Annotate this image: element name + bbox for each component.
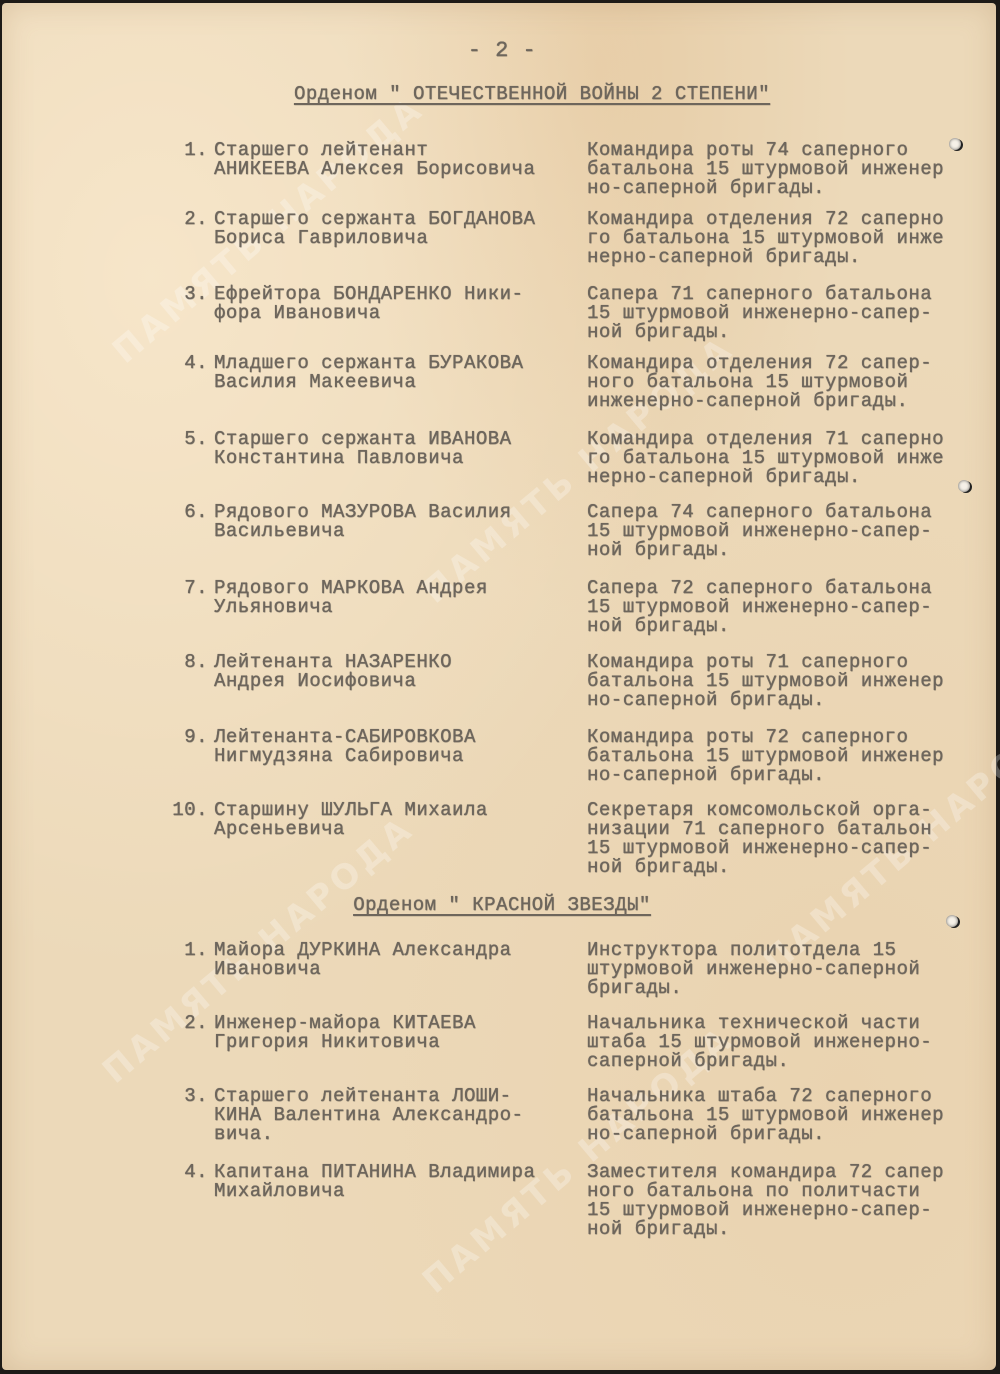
entry-number: 10.	[172, 801, 208, 820]
recipient-name: Старшего лейтенанта ЛОШИ- КИНА Валентина…	[214, 1087, 584, 1144]
recipient-name: Старшего сержанта БОГДАНОВА Бориса Гаври…	[214, 210, 584, 248]
punch-hole	[946, 915, 958, 927]
entry-number: 9.	[172, 728, 208, 747]
entry-number: 2.	[172, 210, 208, 229]
section-heading-patriotic-war: Орденом " ОТЕЧЕСТВЕННОЙ ВОЙНЫ 2 СТЕПЕНИ"	[262, 85, 802, 104]
entry-number: 1.	[172, 941, 208, 960]
recipient-name: Капитана ПИТАНИНА Владимира Михайловича	[214, 1163, 584, 1201]
recipient-position: Сапера 74 саперного батальона 15 штурмов…	[587, 503, 997, 560]
recipient-position: Сапера 71 саперного батальона 15 штурмов…	[587, 285, 997, 342]
document-page: ПАМЯТЬ НАРОДА ПАМЯТЬ НАРОДА ПАМЯТЬ НАРОД…	[2, 3, 996, 1370]
recipient-position: Инструктора политотдела 15 штурмовой инж…	[587, 941, 997, 998]
recipient-name: Младшего сержанта БУРАКОВА Василия Макее…	[214, 354, 584, 392]
recipient-position: Командира роты 72 саперного батальона 15…	[587, 728, 997, 785]
recipient-name: Старшину ШУЛЬГА Михаила Арсеньевича	[214, 801, 584, 839]
recipient-position: Начальника штаба 72 саперного батальона …	[587, 1087, 997, 1144]
recipient-name: Инженер-майора КИТАЕВА Григория Никитови…	[214, 1014, 584, 1052]
entry-number: 3.	[172, 1087, 208, 1106]
entry-number: 5.	[172, 430, 208, 449]
recipient-name: Старшего лейтенант АНИКЕЕВА Алексея Бори…	[214, 141, 584, 179]
entry-number: 6.	[172, 503, 208, 522]
entry-number: 4.	[172, 1163, 208, 1182]
recipient-name: Ефрейтора БОНДАРЕНКО Ники- фора Иванович…	[214, 285, 584, 323]
recipient-position: Заместителя командира 72 сапер ного бата…	[587, 1163, 997, 1239]
recipient-position: Командира отделения 72 саперно го баталь…	[587, 210, 997, 267]
page-number: - 2 -	[2, 41, 1000, 60]
entry-number: 3.	[172, 285, 208, 304]
recipient-position: Сапера 72 саперного батальона 15 штурмов…	[587, 579, 997, 636]
recipient-position: Командира роты 71 саперного батальона 15…	[587, 653, 997, 710]
entry-number: 8.	[172, 653, 208, 672]
recipient-position: Командира отделения 72 сапер- ного батал…	[587, 354, 997, 411]
entry-number: 7.	[172, 579, 208, 598]
section-heading-red-star: Орденом " КРАСНОЙ ЗВЕЗДЫ"	[332, 896, 672, 915]
recipient-name: Лейтенанта-САБИРОВКОВА Нигмудзяна Сабиро…	[214, 728, 584, 766]
recipient-name: Рядового МАРКОВА Андрея Ульяновича	[214, 579, 584, 617]
recipient-position: Командира роты 74 саперного батальона 15…	[587, 141, 997, 198]
recipient-name: Лейтенанта НАЗАРЕНКО Андрея Иосифовича	[214, 653, 584, 691]
entry-number: 1.	[172, 141, 208, 160]
recipient-name: Старшего сержанта ИВАНОВА Константина Па…	[214, 430, 584, 468]
recipient-name: Рядового МАЗУРОВА Василия Васильевича	[214, 503, 584, 541]
recipient-position: Начальника технической части штаба 15 шт…	[587, 1014, 997, 1071]
entry-number: 4.	[172, 354, 208, 373]
recipient-position: Командира отделения 71 саперно го баталь…	[587, 430, 997, 487]
entry-number: 2.	[172, 1014, 208, 1033]
recipient-name: Майора ДУРКИНА Александра Ивановича	[214, 941, 584, 979]
recipient-position: Секретаря комсомольской орга- низации 71…	[587, 801, 997, 877]
